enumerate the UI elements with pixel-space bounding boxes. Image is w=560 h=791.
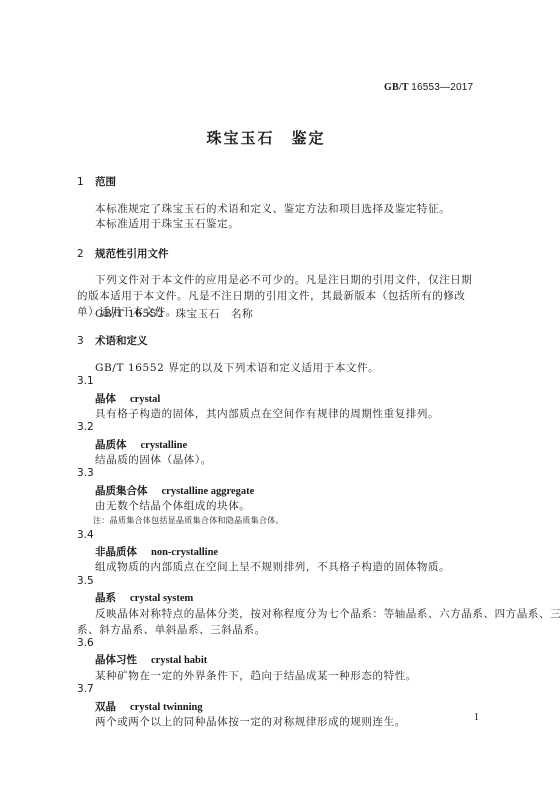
term-en: crystal twinning (130, 702, 203, 713)
section-number: 3 (77, 335, 95, 347)
term-crystal-habit: 晶体习性crystal habit (95, 652, 207, 667)
term-crystalline: 晶质体crystalline (95, 437, 187, 452)
term-crystal: 晶体crystal (95, 391, 160, 406)
term-en: crystal system (130, 593, 193, 604)
clause-number: 3.2 (77, 421, 94, 433)
term-zh: 非晶质体 (95, 546, 137, 558)
term-zh: 晶系 (95, 592, 116, 604)
scope-paragraph-1: 本标准规定了珠宝玉石的术语和定义、鉴定方法和项目选择及鉴定特征。 (95, 201, 450, 216)
term-en: crystalline aggregate (162, 486, 255, 497)
term-definition: 由无数个结晶个体组成的块体。 (95, 498, 250, 513)
page-number: 1 (474, 712, 479, 723)
document-title: 珠宝玉石 鉴定 (0, 127, 532, 148)
term-zh: 双晶 (95, 701, 116, 713)
term-zh: 晶体 (95, 393, 116, 405)
term-en: non-crystalline (151, 547, 218, 558)
term-non-crystalline: 非晶质体non-crystalline (95, 544, 218, 559)
section-title: 范围 (95, 176, 116, 188)
term-definition: 某种矿物在一定的外界条件下，趋向于结晶成某一种形态的特性。 (95, 668, 417, 683)
reference-item: GB/T 16552 珠宝玉石 名称 (95, 306, 253, 321)
term-definition: 组成物质的内部质点在空间上呈不规则排列，不具格子构造的固体物质。 (95, 559, 450, 574)
clause-number: 3.3 (77, 467, 94, 479)
term-en: crystal habit (151, 655, 207, 666)
clause-number: 3.5 (77, 575, 94, 587)
section-number: 1 (77, 176, 95, 188)
section-heading-scope: 1范围 (77, 174, 116, 189)
term-note: 注：晶质集合体包括显晶质集合体和隐晶质集合体。 (93, 515, 284, 526)
term-en: crystalline (141, 440, 188, 451)
clause-number: 3.4 (77, 529, 94, 541)
term-en: crystal (130, 394, 160, 405)
section-title: 术语和定义 (95, 335, 148, 347)
term-crystal-twinning: 双晶crystal twinning (95, 699, 203, 714)
section-heading-terms: 3术语和定义 (77, 333, 148, 348)
term-zh: 晶体习性 (95, 654, 137, 666)
scope-paragraph-2: 本标准适用于珠宝玉石鉴定。 (95, 216, 239, 231)
term-crystal-system: 晶系crystal system (95, 590, 193, 605)
term-definition-line-1: 反映晶体对称特点的晶体分类，按对称程度分为七个晶系：等轴晶系、六方晶系、四方晶系… (95, 606, 560, 621)
clause-number: 3.7 (77, 683, 94, 695)
standard-number: 16553—2017 (411, 82, 473, 93)
section-title: 规范性引用文件 (95, 248, 169, 260)
term-definition: 两个或两个以上的同种晶体按一定的对称规律形成的规则连生。 (95, 714, 406, 729)
term-definition-line-2: 系、斜方晶系、单斜晶系、三斜晶系。 (77, 622, 266, 637)
section-heading-normative-references: 2规范性引用文件 (77, 246, 169, 261)
term-crystalline-aggregate: 晶质集合体crystalline aggregate (95, 483, 254, 498)
term-definition: 具有格子构造的固体，其内部质点在空间作有规律的周期性重复排列。 (95, 406, 439, 421)
standard-code: GB/T 16553—2017 (384, 82, 473, 93)
clause-number: 3.1 (77, 375, 94, 387)
terms-intro: GB/T 16552 界定的以及下列术语和定义适用于本文件。 (95, 360, 379, 375)
term-definition: 结晶质的固体（晶体）。 (95, 452, 212, 467)
term-zh: 晶质体 (95, 439, 127, 451)
term-zh: 晶质集合体 (95, 485, 148, 497)
clause-number: 3.6 (77, 637, 94, 649)
standard-prefix: GB/T (384, 82, 409, 93)
section-number: 2 (77, 248, 95, 260)
